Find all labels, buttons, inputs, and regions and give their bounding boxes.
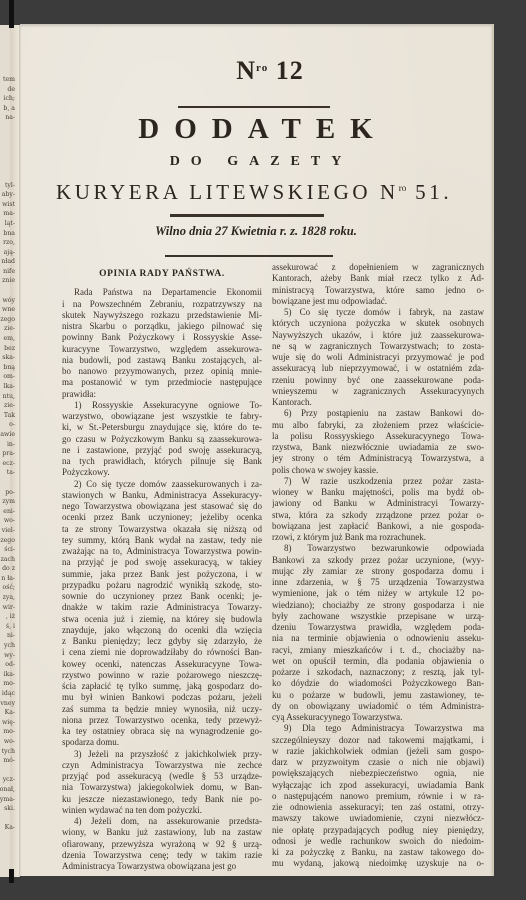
text-line: jawiony od Banku w Administracyi Towarzy… [272, 498, 484, 509]
fragment-line: ści- [0, 545, 15, 555]
fragment-line: tem [0, 75, 15, 85]
fragment-line [0, 171, 15, 181]
text-line: bowiązane jest mu odpowiadać. [272, 296, 484, 307]
fragment-line [0, 133, 15, 143]
dateline: Wilno dnia 27 Kwietnia r. z. 1828 roku. [20, 224, 492, 239]
fragment-line: ska- [0, 353, 15, 363]
text-line: dnakże w takim razie Administracya Towar… [62, 602, 262, 613]
text-line: rzeniu powinny być one zaassekurowane po… [272, 375, 484, 386]
text-line: dy on obowiązany uwiadomić o tém Adminis… [272, 701, 484, 712]
text-line: polis chowa w swojey kassie. [272, 465, 484, 476]
fragment-line: eni- [0, 507, 15, 517]
fragment-line: Ka- [0, 823, 15, 833]
fragment-line: b, a [0, 104, 15, 114]
paper-name: KURYERA LITEWSKIEGO [56, 180, 371, 204]
number-prefix: N [236, 56, 256, 85]
text-line: Administracya Towarzystwa obowiązana jes… [62, 861, 262, 872]
binding-strip-bottom [9, 869, 14, 883]
fragment-line: lka- [0, 382, 15, 392]
previous-page-edge: temdeich;b, ana- tyl-aby-wistma-ląt-bnar… [0, 25, 20, 877]
text-line: i na Powszechném Zebraniu, rozpatrzywszy… [62, 299, 262, 310]
text-line: wyłączając ich zpod assekuracyi, uwiadam… [272, 780, 484, 791]
fragment-line: ma- [0, 209, 15, 219]
fragment-line: n ła- [0, 574, 15, 584]
fragment-line: zego [0, 536, 15, 546]
fragment-line [0, 478, 15, 488]
text-line: mu albo fabryki, za złożeniem przez właś… [272, 420, 484, 431]
right-column-text: assekurować z dopełnieniem w zagraniczny… [272, 262, 484, 870]
paper-number-sup: ro [399, 183, 407, 193]
fragment-line: bna [0, 229, 15, 239]
fragment-line: Tak [0, 411, 15, 421]
text-line: assekuracyą lub nieprzyymować, i w ostat… [272, 363, 484, 374]
text-line: szczególnieyszy dozor nad takowemi mająt… [272, 735, 484, 746]
text-line: go czasu w Pożyczkowym Banku są zaasseku… [62, 434, 262, 445]
fragment-line: mó- [0, 756, 15, 766]
left-column-text: Rada Państwa na Departamencie Ekonomiii … [62, 287, 262, 872]
fragment-line: ają- [0, 248, 15, 258]
text-line: ne i zastawione, przyjąć pod swoję assek… [62, 445, 262, 456]
fragment-line: wóy [0, 296, 15, 306]
fragment-line: wist [0, 200, 15, 210]
title-dodatek: DODATEK [20, 113, 492, 146]
text-line: summie, jaka przez Bank jest pożyczona, … [62, 569, 262, 580]
title-do-gazety: DO GAZETY [20, 154, 492, 170]
fragment-line: em, [0, 334, 15, 344]
fragment-line: na- [0, 113, 15, 123]
fragment-line: wne [0, 305, 15, 315]
text-line: skutek Naywyższego rozkazu przedstawieni… [62, 310, 262, 321]
text-line: na tych prawidłach, których pilnuje się … [62, 456, 262, 467]
text-line: były zachowane wszystkie przepisane w ur… [272, 611, 484, 622]
binding-strip-top [9, 0, 14, 28]
text-line: mu był winien Bankowi podczas pożaru, je… [62, 692, 262, 703]
text-line: ki za pożyczkę z Banku, na zastaw takowe… [272, 847, 484, 858]
fragment-line: wir- [0, 603, 15, 613]
text-line: 7) W razie uszkodzenia przez pożar zasta… [272, 476, 484, 487]
text-line: kuracyyne Towarzystwo, względem assekuro… [62, 344, 262, 355]
text-line: dzeniu Towarzystwa prawidła, względem po… [272, 622, 484, 633]
fragment-line: aby- [0, 190, 15, 200]
text-line: jey strony o tém Administracyą Towarzyst… [272, 453, 484, 464]
fragment-line: znie [0, 276, 15, 286]
fragment-line: ta- [0, 468, 15, 478]
page-right-edge [492, 24, 494, 876]
fragment-line: Ka- [0, 708, 15, 718]
text-line: ne są w zagranicznych Towarzystwach; to … [272, 341, 484, 352]
text-line: ko dóydzie do wiadomości Pożyczkowego Ba… [272, 678, 484, 689]
fragment-line: ych [0, 641, 15, 651]
text-line: nie opłatę przypadających podług niey pi… [272, 825, 484, 836]
fragment-line: , iż [0, 612, 15, 622]
text-line: powiększających niebezpieczeństwo ognia,… [272, 768, 484, 779]
text-line: rzystwo powinno w razie pożarowego niesz… [62, 670, 262, 681]
fragment-line: ląt- [0, 219, 15, 229]
fragment-line: yma- [0, 795, 15, 805]
fragment-line: wo- [0, 516, 15, 526]
article-column-left: OPINIA RADY PAŃSTWA. Rada Państwa na Dep… [62, 269, 262, 872]
text-line: bo nanowo przyymowanych, przez opinią mn… [62, 366, 262, 377]
rule-divider [170, 214, 324, 217]
fragment-line [0, 766, 15, 776]
text-line: dzenia Towarzystwa cenę; tedy w takim ra… [62, 850, 262, 861]
number-value: 12 [276, 56, 304, 85]
text-line: mawszy takowe uwiadomienie, czyni niezwł… [272, 813, 484, 824]
text-line: la polisu Rossyyskiego Assekuracyynego T… [272, 431, 484, 442]
text-line: kowey ocenki, natenczas Assekuracyyne To… [62, 659, 262, 670]
fragment-line: onał, [0, 785, 15, 795]
previous-page-text-fragments: temdeich;b, ana- tyl-aby-wistma-ląt-bnar… [0, 75, 15, 833]
text-line: ministracyą Towarzystwa, które samo jedn… [272, 285, 484, 296]
text-line: ofiarowany, przewyższa wyrażoną w 92 § u… [62, 839, 262, 850]
text-line: ki, w St.-Petersburgu znaydujące się, kt… [62, 422, 262, 433]
text-line: ta ze strony Towarzystwa okazała się niż… [62, 524, 262, 535]
text-line: nia budowli, pod zastawą Banku zostający… [62, 355, 262, 366]
fragment-line: ość; [0, 583, 15, 593]
text-line: wiony, w Banku już zastawiony, lub na za… [62, 827, 262, 838]
text-line: Kantorach. [272, 397, 484, 408]
text-line: zie odnowienia assekuracyi; ten zaś osta… [272, 802, 484, 813]
text-line: 1) Rossyyskie Assekuracyyne ogniowe To- [62, 400, 262, 411]
paper-number-prefix: N [380, 180, 399, 204]
text-line: Rada Państwa na Departamencie Ekonomii [62, 287, 262, 298]
text-line: bowiązana jest zapłacić Bankowi, a nie g… [272, 521, 484, 532]
text-line: Pożyczkowy. [62, 467, 262, 478]
fragment-line: ich; [0, 94, 15, 104]
supplement-number: Nro 12 [180, 56, 360, 86]
text-line: wioney w Banku majętności, polis ma bydź… [272, 487, 484, 498]
fragment-line [0, 142, 15, 152]
text-line: czyn Administracya Towarzystwa nie zechc… [62, 760, 262, 771]
text-line: mu wydaną, jakową niedoimkę uzyskuje na … [272, 858, 484, 869]
text-line: powinny Bank Pożyczkowy i Rossyyskie Ass… [62, 332, 262, 343]
fragment-line: ika- [0, 670, 15, 680]
fragment-line: ś, i [0, 622, 15, 632]
article-heading: OPINIA RADY PAŃSTWA. [62, 269, 262, 280]
text-line: wymienione, jak o tém niżey w artykule 1… [272, 588, 484, 599]
text-line: wnieyszemu w zagranicznych Assekuracyyny… [272, 386, 484, 397]
text-line: wiedziano); chociażby ze strony gospodar… [272, 600, 484, 611]
text-line: których uczyniona pożyczka w skutek osob… [272, 318, 484, 329]
text-line: darz w przyzwoitym czasie o nich nie obj… [272, 757, 484, 768]
fragment-line: bną [0, 363, 15, 373]
text-line: i cena ziemi nie doprowadziłaby do równo… [62, 647, 262, 658]
text-line: rzystwa, Bank niezwłócznie uwiadamia ze … [272, 442, 484, 453]
text-line: z Banku pieniędzy; lecz gdyby się zdarzy… [62, 636, 262, 647]
text-line: Bankowi za szkody przez pożar uczynione,… [272, 555, 484, 566]
number-sup: ro [256, 62, 268, 74]
fragment-line: po- [0, 488, 15, 498]
text-line: spodarza domu. [62, 737, 262, 748]
fragment-line: wy- [0, 651, 15, 661]
text-line: Kantorach, ażeby Bank miał rzecz tylko z… [272, 273, 484, 284]
fragment-line: ntu, [0, 392, 15, 402]
fragment-line: od- [0, 660, 15, 670]
text-line: w razie jakichkolwiek odmian (jeżeli sam… [272, 746, 484, 757]
text-line: przyjąć pod assekuracyą (wedle § 53 urzą… [62, 771, 262, 782]
article-column-right: assekurować z dopełnieniem w zagraniczny… [272, 262, 484, 870]
fragment-line [0, 161, 15, 171]
text-line: rzowi, z którym już Bank ma rozrachunek. [272, 532, 484, 543]
fragment-line: zach [0, 555, 15, 565]
text-line: 3) Jeżeli na przyszłość z jakichkolwiek … [62, 749, 262, 760]
fragment-line: ecz- [0, 459, 15, 469]
fragment-line: de [0, 85, 15, 95]
newspaper-page: Nro 12 DODATEK DO GAZETY KURYERA LITEWSK… [20, 24, 492, 876]
text-line: 4) Jeżeli dom, na assekurowanie przedsta… [62, 816, 262, 827]
text-line: stawionych w Banku, Administracya Asseku… [62, 490, 262, 501]
fragment-line: zya, [0, 593, 15, 603]
fragment-line: wię- [0, 718, 15, 728]
fragment-line: ni- [0, 631, 15, 641]
fragment-line: zie- [0, 401, 15, 411]
fragment-line: zie- [0, 324, 15, 334]
text-line: nia na terminie objawienia o odnowieniu … [272, 633, 484, 644]
text-line: o następującém nanowo premium, równie i … [272, 791, 484, 802]
fragment-line: nład [0, 257, 15, 267]
rule-divider [165, 255, 333, 257]
fragment-line: mo- [0, 727, 15, 737]
text-line: winien wydawać na ten dom pożyczki. [62, 805, 262, 816]
text-line: assekurować z dopełnieniem w zagraniczny… [272, 262, 484, 273]
text-line: ku o pożarze w budowli, jemu zastawioney… [272, 690, 484, 701]
text-line: 6) Przy postąpieniu na zastaw Bankowi do… [272, 408, 484, 419]
text-line: ku jeszcze niezastawionego, tedy Bank ni… [62, 794, 262, 805]
text-line: nistra Skarbu o porządku, jakiego pilnow… [62, 321, 262, 332]
text-line: zaś summa ta będzie mniey wynosiła, niż … [62, 704, 262, 715]
fragment-line [0, 152, 15, 162]
fragment-line: mo- [0, 679, 15, 689]
text-line: ka tey ostatniey obraca się na wynagrodz… [62, 726, 262, 737]
text-line: stwa ocenia już i ziemię, na którey się … [62, 614, 262, 625]
fragment-line: do z [0, 564, 15, 574]
fragment-line: om- [0, 372, 15, 382]
fragment-line: idąc [0, 689, 15, 699]
fragment-line: zym [0, 497, 15, 507]
text-line: nia Towarzystwa) jakiegokolwiek domu, w … [62, 782, 262, 793]
fragment-line: zego [0, 315, 15, 325]
fragment-line: wo- [0, 737, 15, 747]
fragment-line: nife [0, 267, 15, 277]
text-line: nego Towarzystwa obowiązana jest stasowa… [62, 501, 262, 512]
fragment-line: pra- [0, 449, 15, 459]
fragment-line: vney [0, 699, 15, 709]
fragment-line: ycz- [0, 775, 15, 785]
fragment-line: rzo, [0, 238, 15, 248]
text-line: 8) Towarzystwo bezwarunkowie odpowiada [272, 543, 484, 554]
text-line: ocenki przez Bank uczynioney; jeżeliby o… [62, 512, 262, 523]
fragment-line: ski. [0, 804, 15, 814]
text-line: ścia zapłacić tę tylko summę, jaką gospo… [62, 681, 262, 692]
text-line: prawidła: [62, 389, 262, 400]
text-line: tey summy, którą Bank wydał na zastaw, t… [62, 535, 262, 546]
text-line: cyą Assekuracyynego Towarzystwa. [272, 712, 484, 723]
text-line: stwa, która za szkody zrządzone przez po… [272, 510, 484, 521]
text-line: inne zdarzenia, w § 75 urządzenia Towarz… [272, 577, 484, 588]
fragment-line: bez [0, 344, 15, 354]
text-line: Naywyższych ukazów, i które już zaasseku… [272, 330, 484, 341]
text-line: racyi, zmiany mieszkańców i t. d., choci… [272, 645, 484, 656]
text-line: ma postanowić w tym przedmiocie następuj… [62, 377, 262, 388]
text-line: pożarze i szkodach, naznaczony; z resztą… [272, 667, 484, 678]
text-line: przypadku pożaru nagrodzić wynikłą szkod… [62, 580, 262, 591]
fragment-line [0, 286, 15, 296]
text-line: wet on opuścił termin, dla podania objaw… [272, 656, 484, 667]
fragment-line: in- [0, 440, 15, 450]
fragment-line [0, 123, 15, 133]
fragment-line [0, 814, 15, 824]
text-line: 5) Co się tycze domów i fabryk, na zasta… [272, 307, 484, 318]
text-line: niona przez Towarzystwo ocenka, tedy prz… [62, 715, 262, 726]
fragment-line: viel- [0, 526, 15, 536]
fragment-line: awie [0, 430, 15, 440]
text-line: zważając na to, Administracya Towarzystw… [62, 546, 262, 557]
text-line: 2) Co się tycze domów zaassekurowanych i… [62, 479, 262, 490]
fragment-line: tyl- [0, 181, 15, 191]
text-line: 9) Dla tego Administracya Towarzystwa ma [272, 723, 484, 734]
paper-number: 51. [415, 180, 452, 204]
text-line: sownie do uczynioney przez Bank ocenki; … [62, 591, 262, 602]
text-line: mując zły zamiar ze strony gospodarza do… [272, 566, 484, 577]
text-line: odnosi je wedle rachunkow swoich do nied… [272, 836, 484, 847]
title-paper-name: KURYERA LITEWSKIEGO Nro 51. [56, 180, 452, 205]
text-line: na przyjąć je pod swoję assekuracyą, w t… [62, 557, 262, 568]
text-line: wuje się do woli Administracyi przyymowa… [272, 352, 484, 363]
fragment-line: o- [0, 420, 15, 430]
fragment-line: tych [0, 747, 15, 757]
text-line: znayduje, jako włączoną do ocenki dla wz… [62, 625, 262, 636]
rule-divider [178, 106, 330, 108]
text-line: warzystwo, obowiązane jest wszystkie te … [62, 411, 262, 422]
